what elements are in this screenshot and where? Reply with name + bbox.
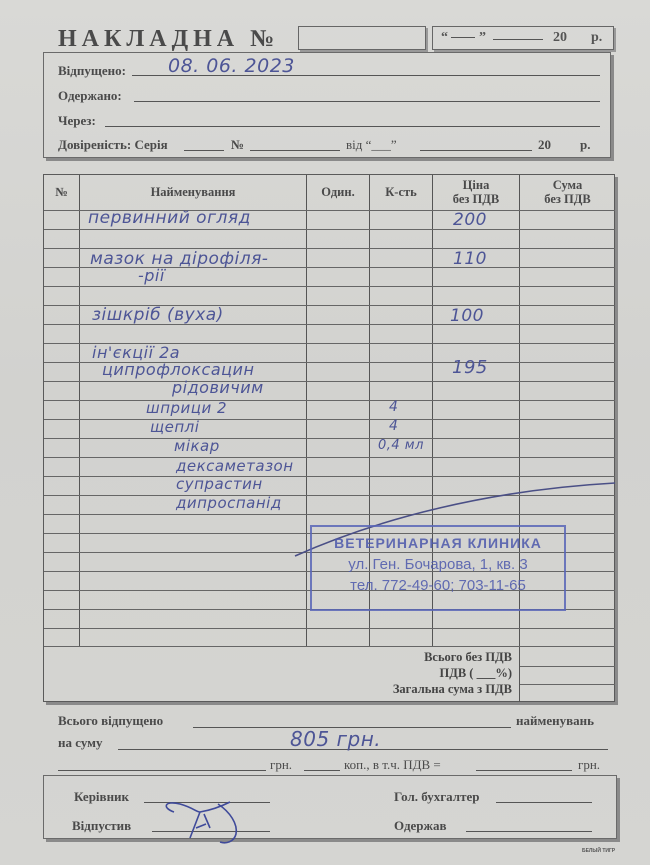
table-row-line [44,438,615,439]
proxy-number-line[interactable] [250,150,340,151]
table-row-name[interactable]: дипроспанід [176,494,282,512]
table-row-name[interactable]: ципрофлоксацин [102,360,254,379]
date-quote-close: ” [479,30,486,46]
issued-label: Відпущено: [58,63,126,79]
clinic-stamp: ВЕТЕРИНАРНАЯ КЛИНИКА ул. Ген. Бочарова, … [310,525,566,611]
publisher-logo: БЕЛЫЙ ТИГР [582,848,615,854]
invoice-date-field[interactable]: “ ” 20 р. [432,26,614,50]
table-row-line [44,457,615,458]
table-row-line [44,400,615,401]
col-header-price: Ціна без ПДВ [433,178,519,206]
via-label: Через: [58,113,96,129]
col-header-name: Найменування [80,185,306,199]
table-row-name[interactable]: мазок на дірофіля- [90,249,268,269]
table-row-price[interactable]: 100 [450,306,484,326]
table-row-name[interactable]: дексаметазон [176,457,294,475]
col-divider [306,175,307,646]
issued-date-handwritten: 08. 06. 2023 [168,55,295,77]
vat-label: ПДВ ( ___%) [300,666,512,681]
col-header-number: № [44,185,79,199]
table-row-price[interactable]: 110 [453,249,487,269]
table-row-name[interactable]: первинний огляд [88,208,251,228]
stamp-address: ул. Ген. Бочарова, 1, кв. 3 [312,556,564,573]
col-header-price-l2: без ПДВ [433,192,519,206]
table-row-qty[interactable]: 4 [389,418,398,434]
received-line[interactable] [134,101,600,102]
table-row-price[interactable]: 195 [452,357,488,378]
accountant-signature-line[interactable] [496,802,592,803]
date-year-suffix: р. [591,30,602,46]
col-header-sum-l1: Сума [520,178,615,192]
received-by-label: Одержав [394,818,446,834]
manager-label: Керівник [74,789,129,805]
document-title: НАКЛАДНА № [58,26,279,53]
table-row-name[interactable]: рідовичим [172,378,264,397]
table-row-name[interactable]: мікар [174,437,220,455]
released-label: Відпустив [72,818,131,834]
table-row-name[interactable]: зішкріб (вуха) [92,305,224,325]
proxy-year: 20 [538,137,551,153]
proxy-number-label: № [231,137,244,153]
table-row-name[interactable]: -рії [138,266,165,285]
proxy-date-line[interactable] [420,150,532,151]
sum-value-handwritten: 805 грн. [290,727,381,751]
proxy-series-line[interactable] [184,150,224,151]
total-issued-label: Всього відпущено [58,713,163,729]
col-header-price-l1: Ціна [433,178,519,192]
date-month-line [493,39,543,40]
date-year-prefix: 20 [553,30,567,46]
totals-row-line [520,666,615,667]
total-no-vat-label: Всього без ПДВ [300,650,512,665]
uah-label-2: грн. [578,757,600,773]
sum-label: на суму [58,735,103,751]
received-label: Одержано: [58,88,122,104]
col-header-qty: К-сть [370,185,432,199]
date-quote-open: “ [441,30,448,46]
table-row-price[interactable]: 200 [453,210,487,230]
via-line[interactable] [105,126,600,127]
col-header-sum-l2: без ПДВ [520,192,615,206]
invoice-page: НАКЛАДНА № “ ” 20 р. Відпущено: 08. 06. … [0,0,650,865]
col-header-sum: Сума без ПДВ [520,178,615,206]
table-row-line [44,229,615,230]
table-row-line [44,419,615,420]
table-row-qty[interactable]: 0,4 мл [378,438,424,453]
proxy-from-label: від “___” [346,137,397,153]
date-day-line [451,37,475,38]
kop-vat-label: коп., в т.ч. ПДВ = [344,757,441,773]
proxy-year-suffix: р. [580,137,590,153]
received-signature-line[interactable] [466,831,592,832]
invoice-number-field[interactable] [298,26,426,50]
table-row-name[interactable]: щеплі [150,418,199,436]
totals-row-line [520,684,615,685]
table-row-qty[interactable]: 4 [389,399,398,415]
uah-label: грн. [270,757,292,773]
vat-amount-line[interactable] [476,770,572,771]
table-row-name[interactable]: супрастин [176,475,263,493]
table-row-line [44,628,615,629]
table-row-line [44,381,615,382]
items-label: найменувань [516,713,594,729]
totals-divider [44,646,615,647]
uah-amount-line[interactable] [58,770,266,771]
proxy-series-label: Довіреність: Серія [58,137,168,153]
col-divider [79,175,80,646]
accountant-label: Гол. бухгалтер [394,789,479,805]
kop-amount-line[interactable] [304,770,340,771]
stamp-phones: тел. 772-49-60; 703-11-65 [312,577,564,594]
stamp-clinic-name: ВЕТЕРИНАРНАЯ КЛИНИКА [312,535,564,551]
table-row-line [44,476,615,477]
table-row-line [44,286,615,287]
table-row-name[interactable]: шприци 2 [146,399,227,417]
total-with-vat-label: Загальна сума з ПДВ [300,682,512,697]
signature-scribble [160,798,250,846]
col-header-unit: Один. [307,185,369,199]
